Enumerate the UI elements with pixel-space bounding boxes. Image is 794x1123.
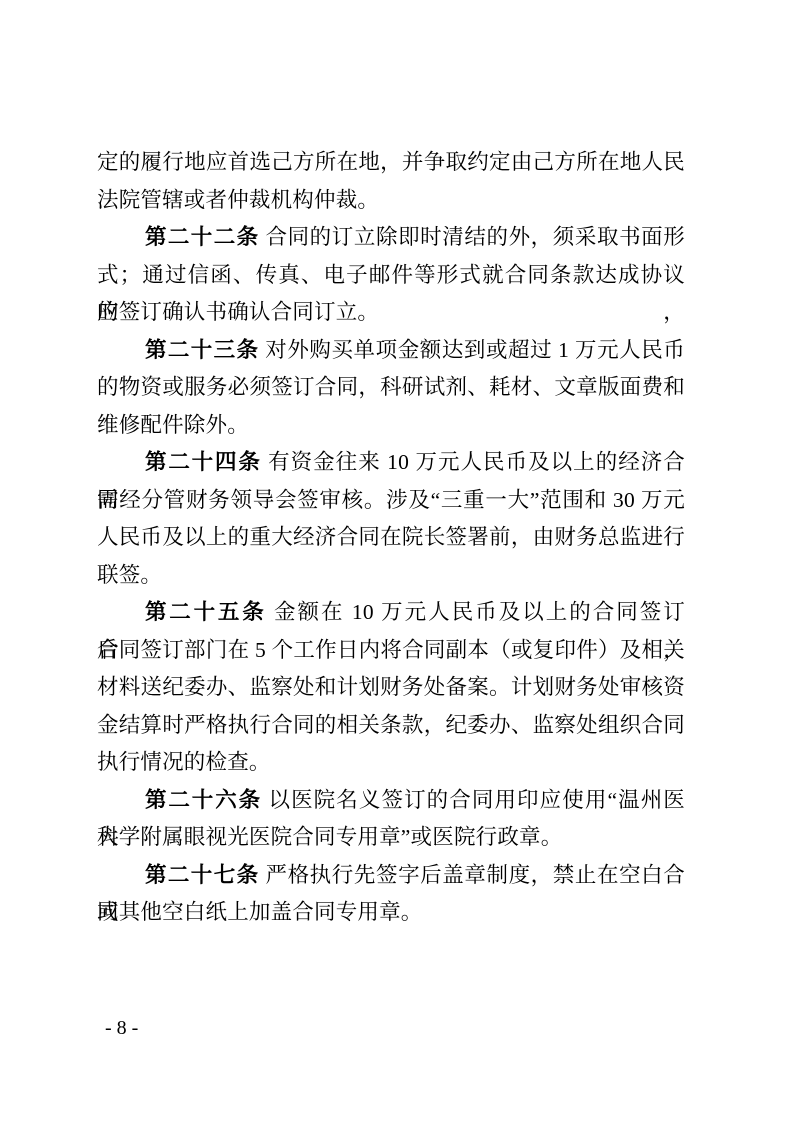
text-line: 维修配件除外。 xyxy=(97,407,685,445)
text-line: 法院管辖或者仲裁机构仲裁。 xyxy=(97,182,685,220)
text-line: 第二十二条 合同的订立除即时清结的外，须采取书面形 xyxy=(97,219,685,257)
text-line: 式；通过信函、传真、电子邮件等形式就合同条款达成协议的， xyxy=(97,257,685,295)
body-text: 合同签订部门在 5 个工作日内将合同副本（或复印件）及相关 xyxy=(97,638,685,662)
body-text: 大学附属眼视光医院合同专用章”或医院行政章。 xyxy=(97,825,562,849)
text-line: 第二十三条 对外购买单项金额达到或超过 1 万元人民币 xyxy=(97,332,685,370)
body-text: 应签订确认书确认合同订立。 xyxy=(97,300,379,324)
text-line: 执行情况的检查。 xyxy=(97,744,685,782)
body-text: 维修配件除外。 xyxy=(97,413,249,437)
body-text: 联签。 xyxy=(97,563,162,587)
body-text: 或其他空白纸上加盖合同专用章。 xyxy=(97,900,423,924)
text-line: 人民币及以上的重大经济合同在院长签署前，由财务总监进行 xyxy=(97,519,685,557)
body-text: 对外购买单项金额达到或超过 1 万元人民币 xyxy=(259,338,685,362)
text-line: 的物资或服务必须签订合同，科研试剂、耗材、文章版面费和 xyxy=(97,369,685,407)
page-number: - 8 - xyxy=(105,1015,138,1041)
body-text: 定的履行地应首选己方所在地，并争取约定由己方所在地人民 xyxy=(97,150,685,174)
body-text: 人民币及以上的重大经济合同在院长签署前，由财务总监进行 xyxy=(97,525,685,549)
text-line: 第二十六条 以医院名义签订的合同用印应使用“温州医科 xyxy=(97,782,685,820)
article-number: 第二十六条 xyxy=(145,788,262,812)
text-line: 合同签订部门在 5 个工作日内将合同副本（或复印件）及相关 xyxy=(97,632,685,670)
article-number: 第二十四条 xyxy=(145,450,262,474)
body-text: 执行情况的检查。 xyxy=(97,750,271,774)
body-text: 材料送纪委办、监察处和计划财务处备案。计划财务处审核资 xyxy=(97,675,685,699)
text-line: 大学附属眼视光医院合同专用章”或医院行政章。 xyxy=(97,819,685,857)
text-line: 第二十五条 金额在 10 万元人民币及以上的合同签订后， xyxy=(97,594,685,632)
text-line: 或其他空白纸上加盖合同专用章。 xyxy=(97,894,685,932)
text-line: 联签。 xyxy=(97,557,685,595)
text-line: 材料送纪委办、监察处和计划财务处备案。计划财务处审核资 xyxy=(97,669,685,707)
body-text: 需经分管财务领导会签审核。涉及“三重一大”范围和 30 万元 xyxy=(97,488,685,512)
text-line: 定的履行地应首选己方所在地，并争取约定由己方所在地人民 xyxy=(97,144,685,182)
document-page: 定的履行地应首选己方所在地，并争取约定由己方所在地人民法院管辖或者仲裁机构仲裁。… xyxy=(0,0,794,1123)
body-text: 法院管辖或者仲裁机构仲裁。 xyxy=(97,188,379,212)
text-line: 第二十四条 有资金往来 10 万元人民币及以上的经济合同 xyxy=(97,444,685,482)
text-line: 第二十七条 严格执行先签字后盖章制度，禁止在空白合同 xyxy=(97,857,685,895)
body-text: 的物资或服务必须签订合同，科研试剂、耗材、文章版面费和 xyxy=(97,375,685,399)
body-text: 金结算时严格执行合同的相关条款，纪委办、监察处组织合同 xyxy=(97,713,685,737)
article-number: 第二十二条 xyxy=(145,225,260,249)
article-number: 第二十五条 xyxy=(145,600,267,624)
body-text: 合同的订立除即时清结的外，须采取书面形 xyxy=(260,225,685,249)
text-line: 需经分管财务领导会签审核。涉及“三重一大”范围和 30 万元 xyxy=(97,482,685,520)
text-line: 金结算时严格执行合同的相关条款，纪委办、监察处组织合同 xyxy=(97,707,685,745)
document-body: 定的履行地应首选己方所在地，并争取约定由己方所在地人民法院管辖或者仲裁机构仲裁。… xyxy=(97,144,685,932)
article-number: 第二十七条 xyxy=(145,863,260,887)
article-number: 第二十三条 xyxy=(145,338,259,362)
